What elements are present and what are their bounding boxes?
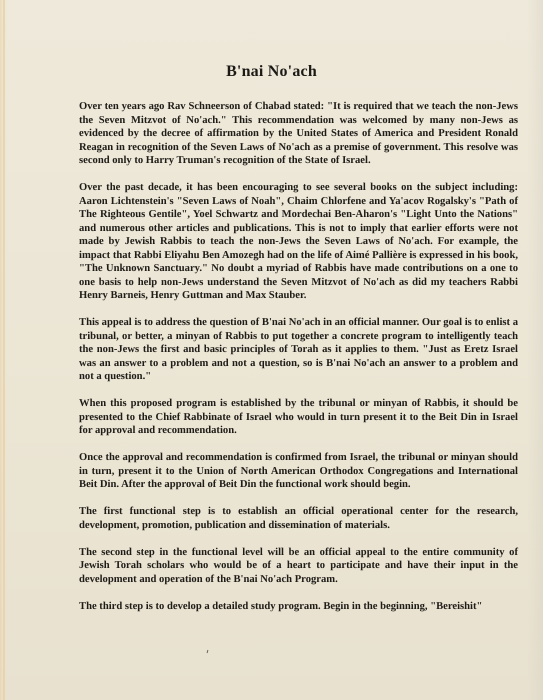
paragraph-second-step: The second step in the functional level … [79, 546, 518, 587]
page-binding-edge [3, 0, 5, 700]
paragraph-third-step: The third step is to develop a detailed … [79, 600, 518, 614]
paragraph-books: Over the past decade, it has been encour… [79, 181, 518, 303]
paragraph-intro: Over ten years ago Rav Schneerson of Cha… [79, 100, 518, 168]
paragraph-approval: Once the approval and recommendation is … [79, 451, 518, 492]
page-title: B'nai No'ach [0, 63, 543, 81]
paragraph-appeal: This appeal is to address the question o… [79, 316, 518, 384]
document-body: Over ten years ago Rav Schneerson of Cha… [79, 100, 518, 627]
paragraph-first-step: The first functional step is to establis… [79, 505, 518, 532]
paragraph-rabbinate: When this proposed program is establishe… [79, 397, 518, 438]
scanned-page: B'nai No'ach Over ten years ago Rav Schn… [0, 0, 543, 700]
scan-speck [207, 650, 209, 653]
